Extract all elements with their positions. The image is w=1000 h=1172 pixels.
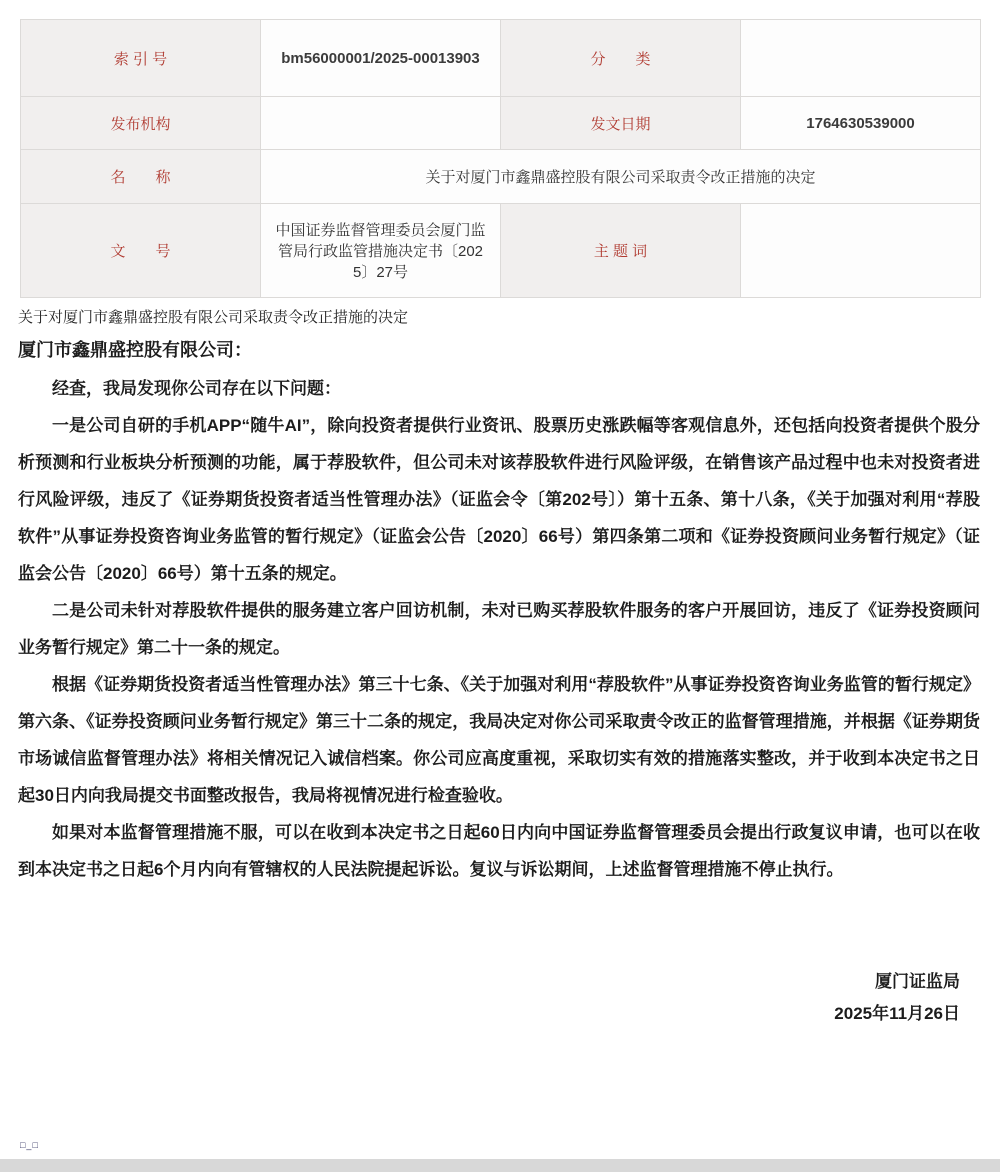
field-label-doc-number: 文 号 xyxy=(21,204,261,298)
disclosure-page: 索 引 号 bm56000001/2025-00013903 分 类 发布机构 … xyxy=(0,0,1000,1172)
metadata-table: 索 引 号 bm56000001/2025-00013903 分 类 发布机构 … xyxy=(20,19,981,298)
signature-block: 厦门证监局 2025年11月26日 xyxy=(18,966,960,1030)
signature-date: 2025年11月26日 xyxy=(18,998,960,1030)
broken-image-glyphs: □_□ xyxy=(20,1140,39,1150)
field-value-issuing-agency xyxy=(261,97,501,150)
document-body: 关于对厦门市鑫鼎盛控股有限公司采取责令改正措施的决定 厦门市鑫鼎盛控股有限公司：… xyxy=(18,306,980,1030)
field-label-issue-date: 发文日期 xyxy=(501,97,741,150)
field-label-issuing-agency: 发布机构 xyxy=(21,97,261,150)
field-value-subject-words xyxy=(741,204,981,298)
page-bottom-band xyxy=(0,1159,1000,1172)
table-row: 文 号 中国证券监督管理委员会厦门监管局行政监管措施决定书〔2025〕27号 主… xyxy=(21,204,981,298)
table-row: 名 称 关于对厦门市鑫鼎盛控股有限公司采取责令改正措施的决定 xyxy=(21,150,981,204)
field-label-category: 分 类 xyxy=(501,20,741,97)
salutation-line: 厦门市鑫鼎盛控股有限公司： xyxy=(18,330,980,370)
field-value-issue-date: 1764630539000 xyxy=(741,97,981,150)
field-value-title: 关于对厦门市鑫鼎盛控股有限公司采取责令改正措施的决定 xyxy=(261,150,981,204)
table-row: 发布机构 发文日期 1764630539000 xyxy=(21,97,981,150)
paragraph-decision: 根据《证券期货投资者适当性管理办法》第三十七条、《关于加强对利用“荐股软件”从事… xyxy=(18,666,980,814)
field-value-category xyxy=(741,20,981,97)
paragraph-issue-two: 二是公司未针对荐股软件提供的服务建立客户回访机制，未对已购买荐股软件服务的客户开… xyxy=(18,592,980,666)
field-value-doc-number: 中国证券监督管理委员会厦门监管局行政监管措施决定书〔2025〕27号 xyxy=(261,204,501,298)
table-row: 索 引 号 bm56000001/2025-00013903 分 类 xyxy=(21,20,981,97)
field-label-subject-words: 主 题 词 xyxy=(501,204,741,298)
document-title-line: 关于对厦门市鑫鼎盛控股有限公司采取责令改正措施的决定 xyxy=(18,306,980,330)
paragraph-appeal-rights: 如果对本监督管理措施不服，可以在收到本决定书之日起60日内向中国证券监督管理委员… xyxy=(18,814,980,888)
field-label-index-number: 索 引 号 xyxy=(21,20,261,97)
paragraph-intro: 经查，我局发现你公司存在以下问题： xyxy=(18,370,980,407)
field-value-index-number: bm56000001/2025-00013903 xyxy=(261,20,501,97)
signature-agency: 厦门证监局 xyxy=(18,966,960,998)
field-label-title: 名 称 xyxy=(21,150,261,204)
paragraph-issue-one: 一是公司自研的手机APP“随牛AI”，除向投资者提供行业资讯、股票历史涨跌幅等客… xyxy=(18,407,980,592)
